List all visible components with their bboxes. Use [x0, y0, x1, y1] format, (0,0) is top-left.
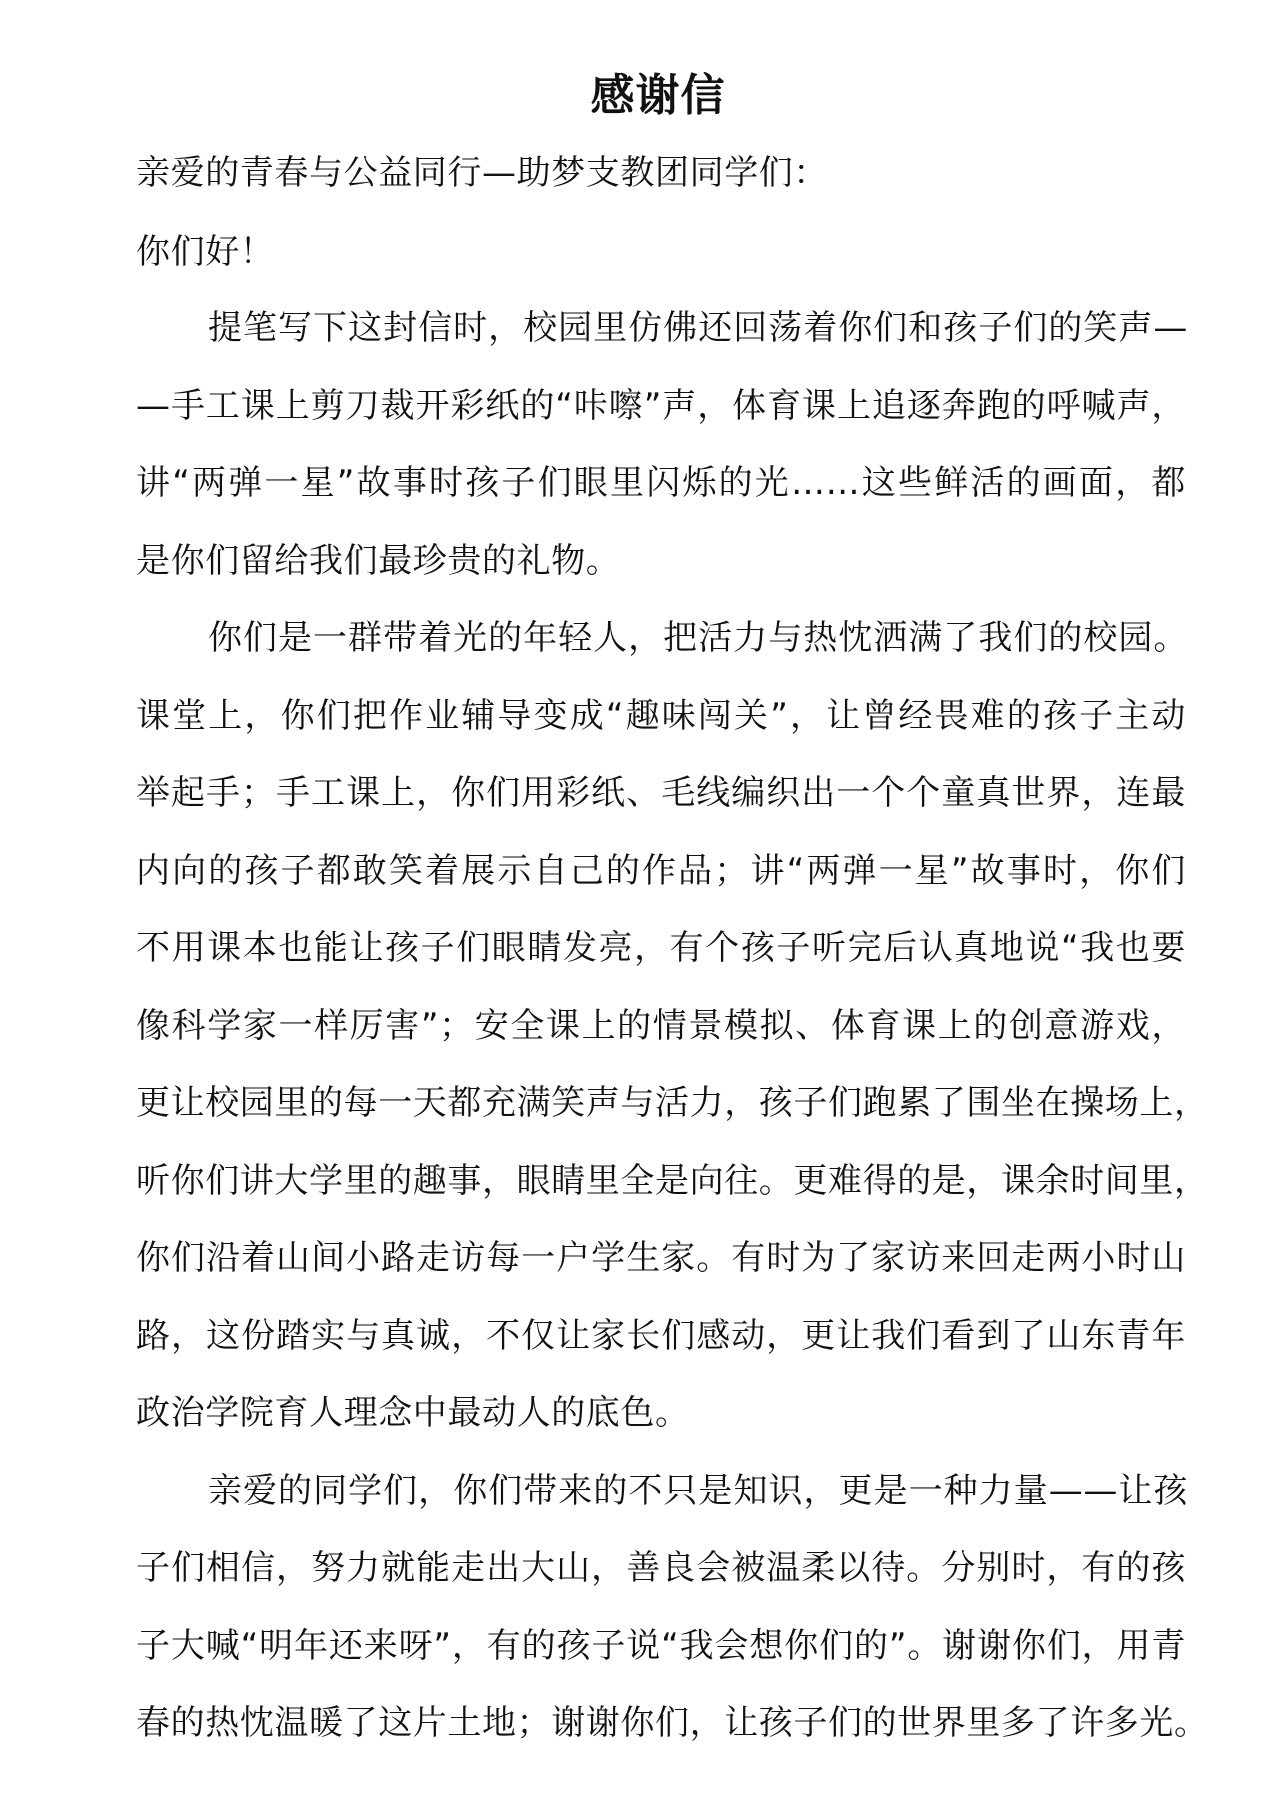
paragraph-line: —手工课上剪刀裁开彩纸的“咔嚓”声，体育课上追逐奔跑的呼喊声，: [136, 381, 1186, 431]
salutation: 亲爱的青春与公益同行—助梦支教团同学们：: [136, 148, 1186, 198]
paragraph-line: 政治学院育人理念中最动人的底色。: [136, 1388, 1186, 1438]
paragraph-line: 举起手；手工课上，你们用彩纸、毛线编织出一个个童真世界，连最: [136, 768, 1186, 818]
paragraph-line: 子们相信，努力就能走出大山，善良会被温柔以待。分别时，有的孩: [136, 1543, 1186, 1593]
greeting: 你们好！: [136, 227, 1186, 277]
paragraph-line: 你们沿着山间小路走访每一户学生家。有时为了家访来回走两小时山: [136, 1233, 1186, 1283]
paragraph-line: 你们是一群带着光的年轻人，把活力与热忱洒满了我们的校园。: [208, 613, 1188, 663]
paragraph-line: 像科学家一样厉害”；安全课上的情景模拟、体育课上的创意游戏，: [136, 1001, 1186, 1051]
paragraph-line: 内向的孩子都敢笑着展示自己的作品；讲“两弹一星”故事时，你们: [136, 846, 1186, 896]
paragraph-line: 听你们讲大学里的趣事，眼睛里全是向往。更难得的是，课余时间里，: [136, 1156, 1186, 1206]
paragraph-line: 课堂上，你们把作业辅导变成“趣味闯关”，让曾经畏难的孩子主动: [136, 691, 1186, 741]
paragraph-line: 子大喊“明年还来呀”，有的孩子说“我会想你们的”。谢谢你们，用青: [136, 1621, 1186, 1671]
paragraph-line: 路，这份踏实与真诚，不仅让家长们感动，更让我们看到了山东青年: [136, 1311, 1186, 1361]
paragraph-line: 不用课本也能让孩子们眼睛发亮，有个孩子听完后认真地说“我也要: [136, 923, 1186, 973]
paragraph-line: 亲爱的同学们，你们带来的不只是知识，更是一种力量——让孩: [208, 1466, 1188, 1516]
paragraph-line: 春的热忱温暖了这片土地；谢谢你们，让孩子们的世界里多了许多光。: [136, 1698, 1186, 1748]
paragraph-line: 更让校园里的每一天都充满笑声与活力，孩子们跑累了围坐在操场上，: [136, 1078, 1186, 1128]
paragraph-line: 讲“两弹一星”故事时孩子们眼里闪烁的光……这些鲜活的画面，都: [136, 458, 1186, 508]
paragraph-line: 是你们留给我们最珍贵的礼物。: [136, 536, 1186, 586]
letter-title: 感谢信: [0, 66, 1280, 126]
paragraph-line: 提笔写下这封信时，校园里仿佛还回荡着你们和孩子们的笑声—: [208, 303, 1188, 353]
